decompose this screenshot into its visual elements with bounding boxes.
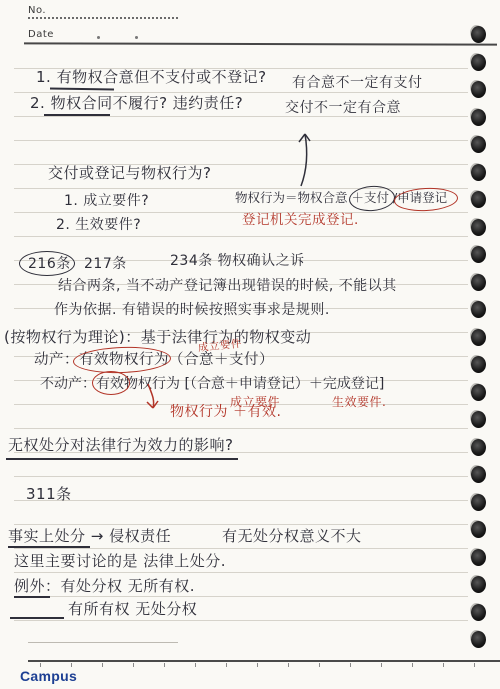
binding-hole (471, 191, 486, 208)
binding-hole (471, 301, 486, 318)
ink-underline (10, 617, 64, 619)
note-question-1: 1. 有物权合意但不支付或不登记? (36, 69, 267, 86)
no-dotted-line (28, 11, 178, 19)
ruled-line (14, 596, 468, 597)
note-topic2-item1: 1. 成立要件? (64, 193, 149, 209)
ruled-line (14, 92, 468, 93)
ruled-line (14, 428, 468, 429)
up-arrow-icon (294, 130, 318, 188)
ink-underline (50, 87, 114, 90)
red-down-arrow-icon (140, 382, 170, 412)
note-topic2-item2: 2. 生效要件? (56, 217, 141, 233)
note-topic-2: 交付或登记与物权行为? (48, 165, 211, 182)
note-legal-disposal: 这里主要讨论的是 法律上处分. (14, 553, 226, 570)
note-unauthorized-disposal-question: 无权处分对法律行为效力的影响? (8, 437, 233, 454)
binding-hole (471, 466, 486, 483)
footer-rule (28, 660, 500, 662)
note-effect-requirement: 生效要件. (332, 396, 386, 410)
binding-hole (471, 219, 486, 236)
binding-hole (471, 384, 486, 401)
note-rule-line-2: 作为依据. 有错误的时候按照实事求是规则. (54, 302, 330, 318)
header-rule (24, 42, 497, 45)
note-exception-1: 例外：有处分权 无所有权. (14, 578, 195, 595)
note-article-217: 217条 (84, 256, 127, 272)
binding-hole (471, 164, 486, 181)
ruled-line (14, 212, 468, 213)
ink-underline (44, 114, 110, 116)
ink-circle-valid (92, 371, 130, 395)
ruled-line (14, 620, 468, 621)
note-article-234: 234条 物权确认之诉 (170, 253, 305, 269)
ruled-line (14, 236, 468, 237)
note-exception-2: 有所有权 无处分权 (68, 601, 197, 618)
ink-underline (14, 596, 50, 598)
ruled-line (14, 188, 468, 189)
binding-hole (471, 494, 486, 511)
binding-hole (471, 246, 486, 263)
binding-hole (471, 604, 486, 621)
binding-hole (471, 631, 486, 648)
binding-hole (471, 439, 486, 456)
ink-underline (6, 458, 238, 460)
binding-hole (471, 411, 486, 428)
ruled-line (14, 548, 468, 549)
ruled-line (14, 140, 468, 141)
note-question-2: 2. 物权合同不履行? 违约责任? (30, 95, 243, 112)
ruled-line (14, 476, 468, 477)
ruled-line (14, 116, 468, 117)
date-label: Date (28, 29, 54, 40)
date-dot (135, 36, 138, 39)
binding-hole (471, 274, 486, 291)
binding-hole (471, 329, 486, 346)
side-note-2: 交付不一定有合意 (285, 100, 401, 116)
note-disposal-significance: 有无处分权意义不大 (222, 528, 362, 545)
binding-hole (471, 356, 486, 373)
binding-hole (471, 136, 486, 153)
ink-underline (8, 546, 90, 548)
binding-hole (471, 81, 486, 98)
note-formula-red-annotation: 登记机关完成登记. (242, 213, 359, 229)
note-theory-line: (按物权行为理论)：基于法律行为的物权变动 (4, 329, 311, 346)
binding-hole (471, 54, 486, 71)
note-factual-disposal: 事实上处分 → 侵权责任 (8, 528, 171, 545)
footer-tick-marks (40, 663, 496, 667)
binding-hole (471, 26, 486, 43)
campus-brand-logo: Campus (20, 668, 77, 684)
binding-hole (471, 521, 486, 538)
note-rule-line-1: 结合两条, 当不动产登记簿出现错误的时候, 不能以其 (58, 278, 397, 294)
binding-hole (471, 549, 486, 566)
note-red-conclusion: 物权行为 ＋有效. (170, 404, 281, 420)
notebook-page: No. Date 1. 有物权合意但不支付或不登记? 2. 物权合同不履行? 违… (0, 0, 500, 689)
ruled-line (14, 572, 468, 573)
binding-hole (471, 576, 486, 593)
ruled-line (14, 524, 468, 525)
note-article-311: 311条 (26, 486, 72, 503)
short-rule (28, 642, 178, 643)
side-note-1: 有合意不一定有支付 (292, 75, 423, 91)
ruled-line (14, 500, 468, 501)
date-dot (97, 36, 100, 39)
ink-circle-valid-act (73, 345, 172, 374)
binding-hole (471, 109, 486, 126)
ink-circle-article216 (19, 251, 75, 276)
